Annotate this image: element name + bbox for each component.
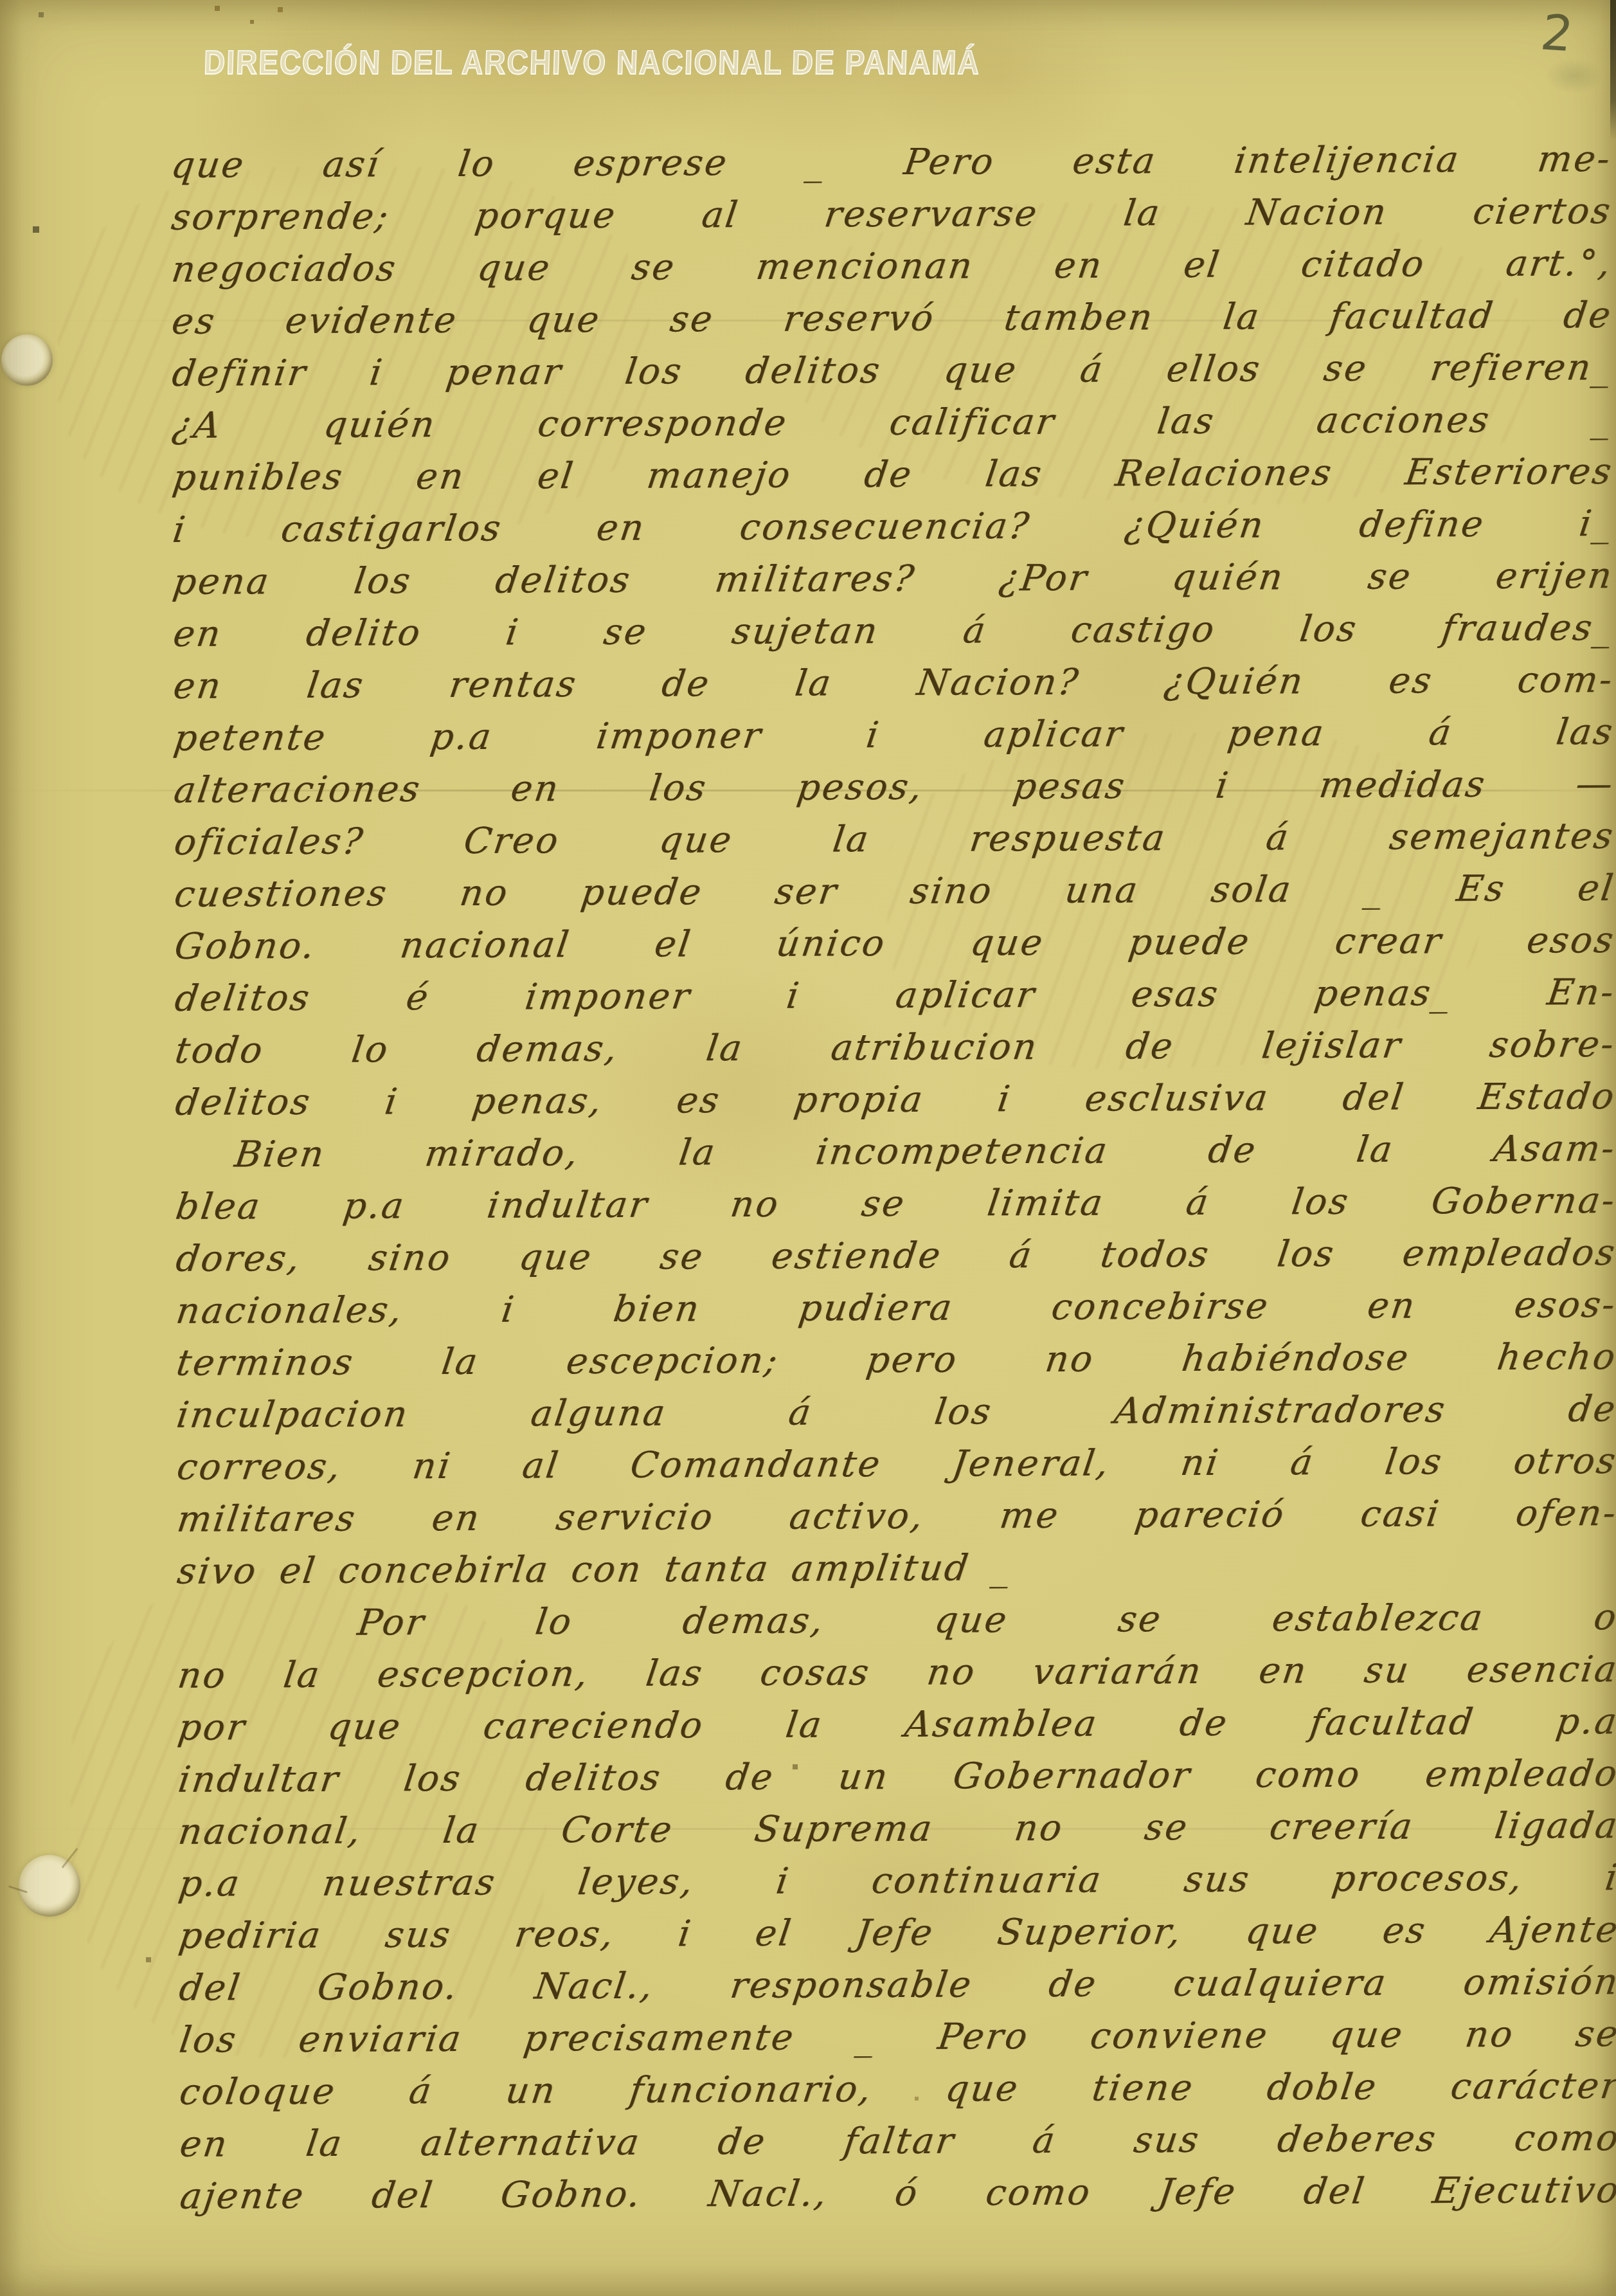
ink-specks bbox=[0, 0, 1, 1]
manuscript-line: los enviaria precisamente _ Pero convien… bbox=[176, 2008, 1616, 2066]
manuscript-line: pena los delitos militares? ¿Por quién s… bbox=[170, 550, 1616, 608]
manuscript-line: Gobno. nacional el único que puede crear… bbox=[172, 914, 1616, 973]
manuscript-line: alteraciones en los pesos, pesas i medid… bbox=[171, 758, 1616, 817]
manuscript-line: ¿A quién corresponde calificar las accio… bbox=[169, 393, 1616, 452]
manuscript-line: sorprende; porque al reservarse la Nacio… bbox=[168, 185, 1615, 244]
manuscript-line: delitos é imponer i aplicar esas penas_ … bbox=[172, 966, 1616, 1025]
manuscript-line: dores, sino que se estiende á todos los … bbox=[173, 1227, 1616, 1285]
manuscript-line: no la escepcion, las cosas no variarán e… bbox=[175, 1643, 1616, 1702]
manuscript-line: definir i penar los delitos que á ellos … bbox=[169, 341, 1616, 400]
manuscript-line: delitos i penas, es propia i esclusiva d… bbox=[172, 1071, 1616, 1129]
archive-watermark: DIRECCIÓN DEL ARCHIVO NACIONAL DE PANAMÁ bbox=[203, 42, 981, 82]
manuscript-line: del Gobno. Nacl., responsable de cualqui… bbox=[176, 1956, 1616, 2014]
manuscript-line: negociados que se mencionan en el citado… bbox=[168, 237, 1615, 296]
manuscript-line: terminos la escepcion; pero no habiéndos… bbox=[173, 1331, 1616, 1389]
manuscript-line: que así lo esprese _ Pero esta intelijen… bbox=[168, 133, 1615, 192]
punch-hole-top bbox=[1, 334, 53, 386]
manuscript-line: punibles en el manejo de las Relaciones … bbox=[169, 446, 1616, 504]
manuscript-line: es evidente que se reservó tamben la fac… bbox=[168, 289, 1615, 348]
manuscript-line: inculpacion alguna á los Administradores… bbox=[174, 1383, 1616, 1442]
page-number-pencil: 2 bbox=[1538, 8, 1576, 59]
manuscript-line: por que careciendo la Asamblea de facult… bbox=[175, 1695, 1616, 1754]
manuscript-line: en la alternativa de faltar á sus debere… bbox=[177, 2112, 1616, 2171]
manuscript-line: indultar los delitos de un Gobernador co… bbox=[175, 1748, 1616, 1806]
manuscript-line: todo lo demas, la atribucion de lejislar… bbox=[172, 1018, 1616, 1077]
manuscript-line: pediria sus reos, i el Jefe Superior, qu… bbox=[175, 1904, 1616, 1962]
manuscript-line: i castigarlos en consecuencia? ¿Quién de… bbox=[170, 498, 1616, 556]
manuscript-line: Bien mirado, la incompetencia de la Asam… bbox=[231, 1123, 1616, 1180]
manuscript-line: p.a nuestras leyes, i continuaria sus pr… bbox=[175, 1852, 1616, 1910]
punch-hole-bottom bbox=[19, 1855, 80, 1917]
manuscript-line: blea p.a indultar no se limita á los Gob… bbox=[172, 1175, 1616, 1233]
manuscript-page: DIRECCIÓN DEL ARCHIVO NACIONAL DE PANAMÁ… bbox=[0, 0, 1616, 2296]
manuscript-line: militares en servicio activo, me pareció… bbox=[174, 1487, 1616, 1546]
manuscript-text-block: que así lo esprese _ Pero esta intelijen… bbox=[168, 133, 1616, 2223]
manuscript-line: cuestiones no puede ser sino una sola _ … bbox=[171, 862, 1616, 921]
manuscript-line: Por lo demas, que se establezca o bbox=[354, 1591, 1616, 1649]
manuscript-line: oficiales? Creo que la respuesta á semej… bbox=[171, 810, 1616, 869]
manuscript-line: coloque á un funcionario, que tiene dobl… bbox=[176, 2060, 1616, 2119]
manuscript-line: en las rentas de la Nacion? ¿Quién es co… bbox=[170, 654, 1616, 712]
manuscript-line: ajente del Gobno. Nacl., ó como Jefe del… bbox=[177, 2164, 1616, 2223]
manuscript-line: correos, ni al Comandante Jeneral, ni á … bbox=[174, 1435, 1616, 1494]
manuscript-line: en delito i se sujetan á castigo los fra… bbox=[170, 602, 1616, 660]
manuscript-line: petente p.a imponer i aplicar pena á las bbox=[170, 706, 1616, 764]
page-edge-shadow bbox=[1610, 0, 1616, 140]
manuscript-line: sivo el concebirla con tanta amplitud _ bbox=[174, 1539, 1616, 1598]
manuscript-line: nacional, la Corte Suprema no se creería… bbox=[175, 1800, 1616, 1858]
manuscript-line: nacionales, i bien pudiera concebirse en… bbox=[173, 1279, 1616, 1337]
